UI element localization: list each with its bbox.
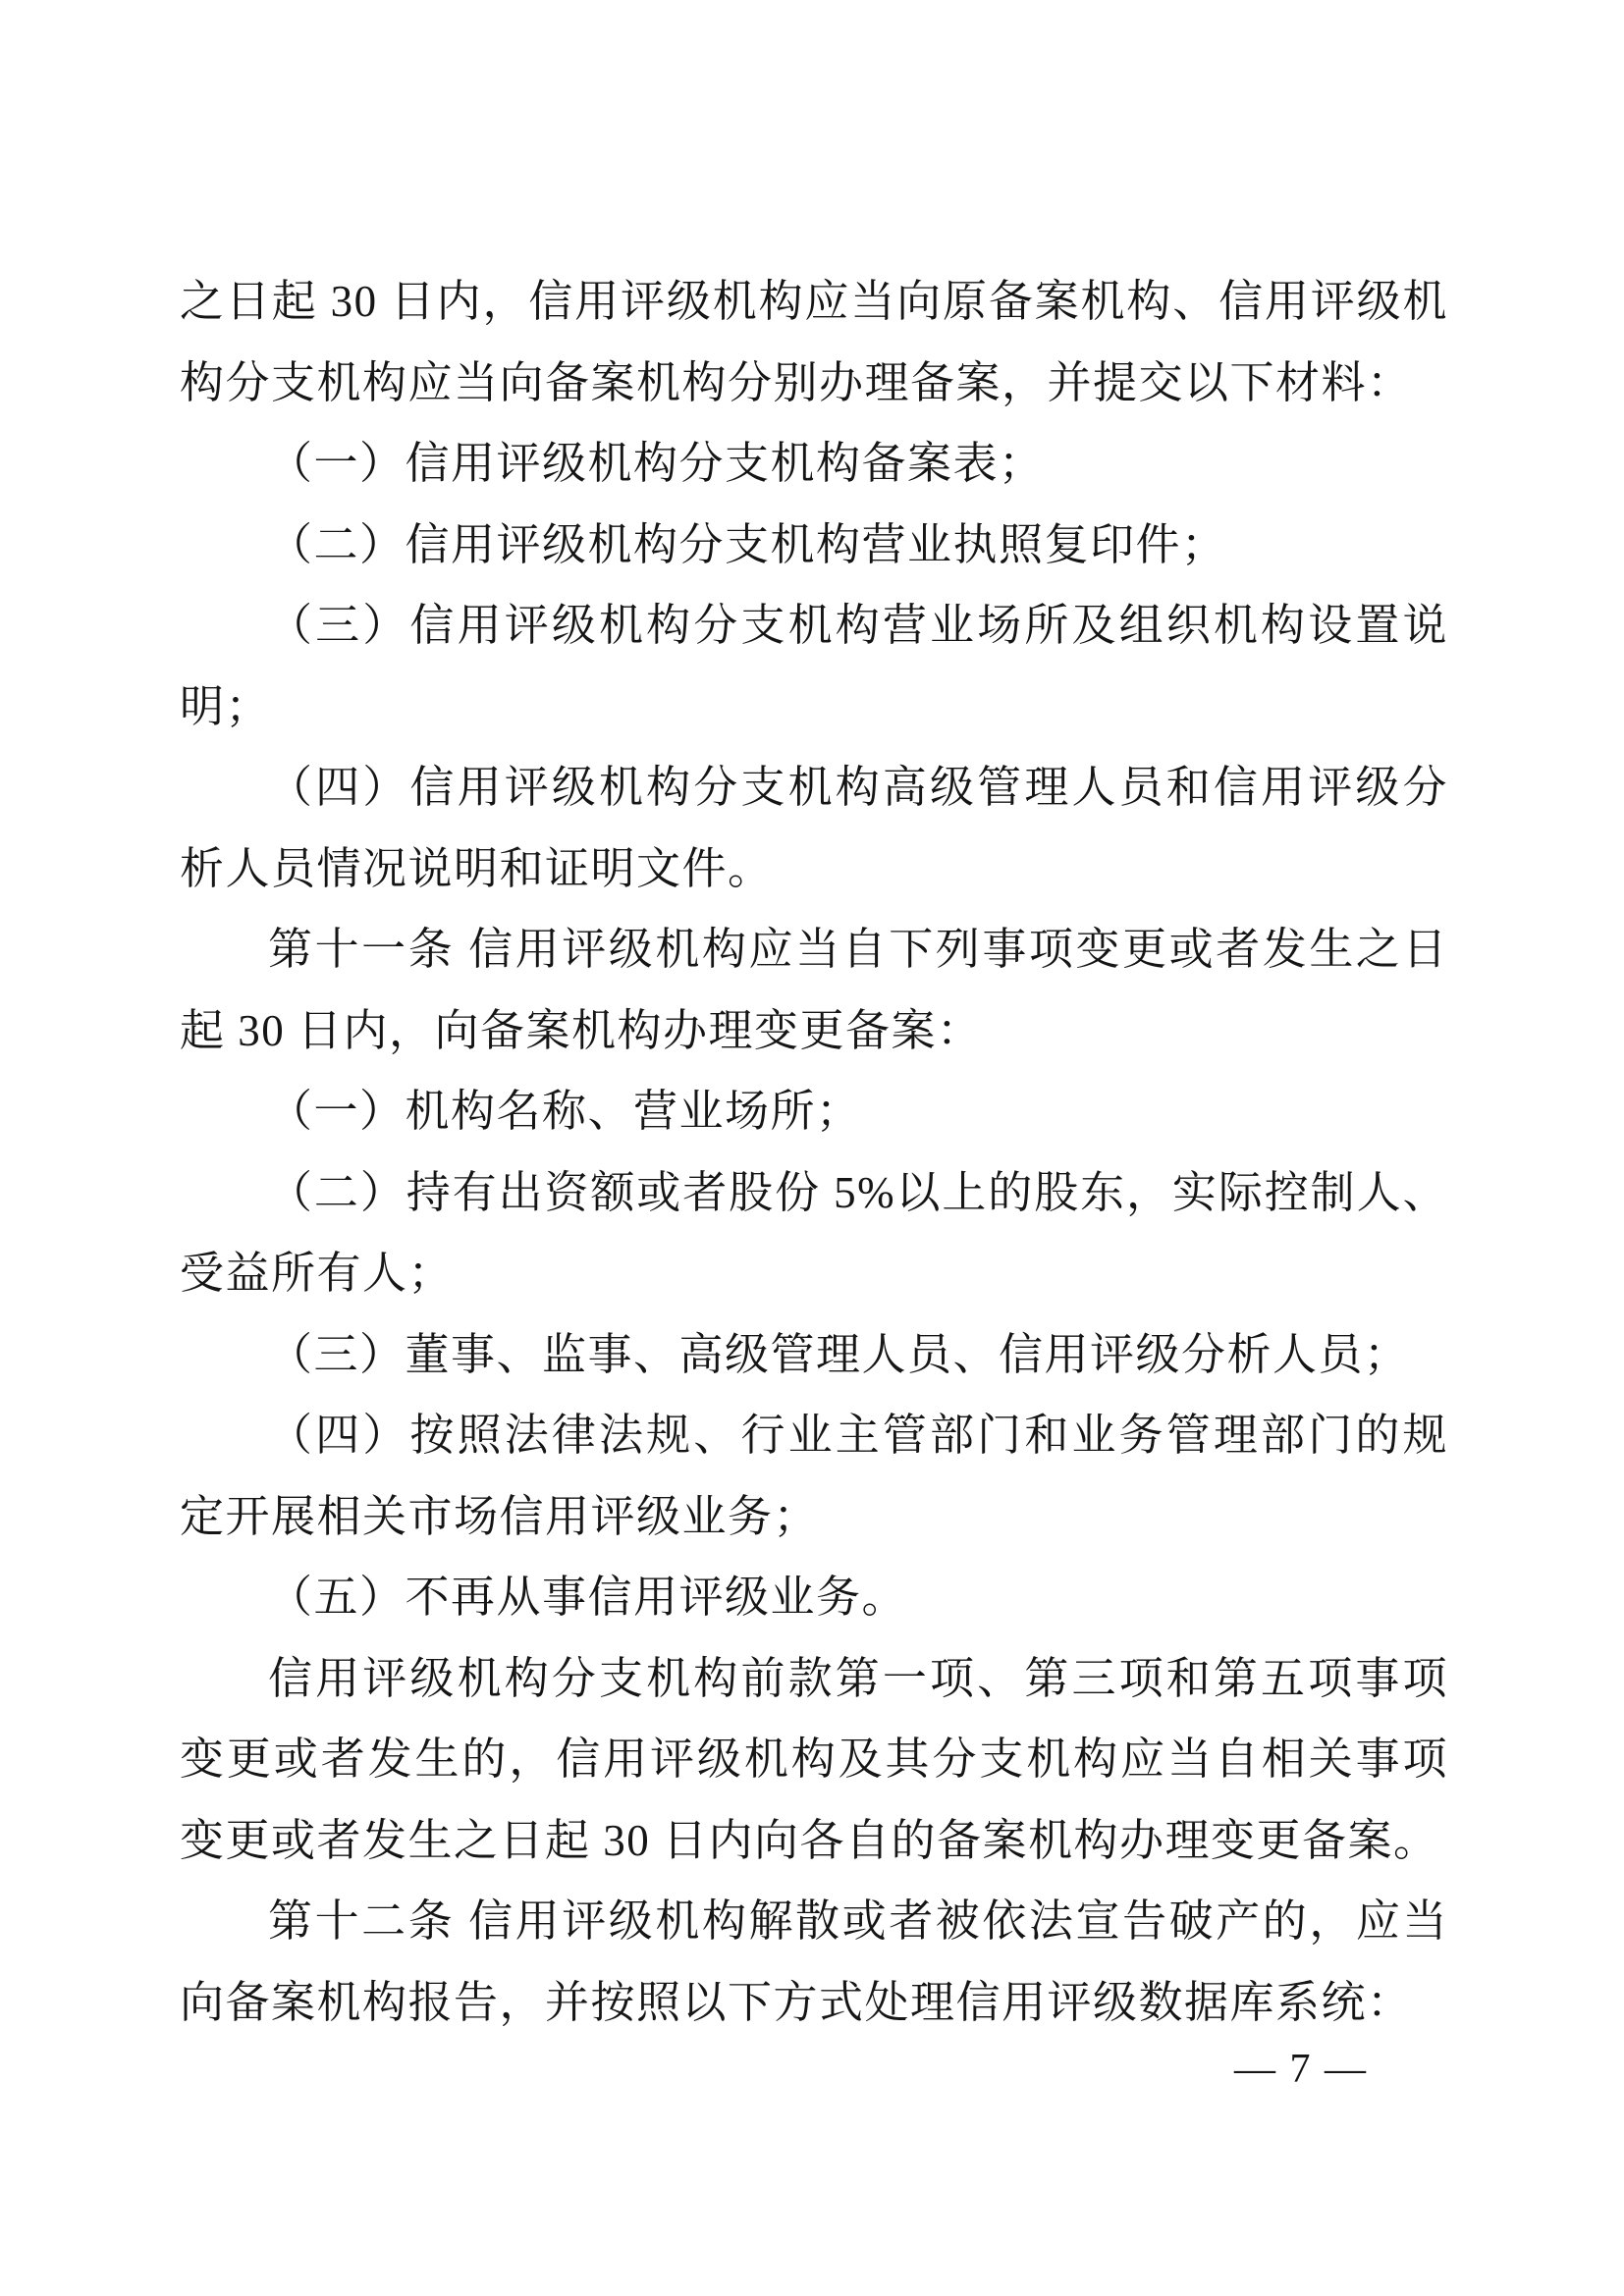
paragraph-item-4: （四）信用评级机构分支机构高级管理人员和信用评级分析人员情况说明和证明文件。 [180, 747, 1448, 909]
paragraph-continuation: 之日起 30 日内，信用评级机构应当向原备案机构、信用评级机构分支机构应当向备案… [180, 261, 1448, 423]
paragraph-article-12: 第十二条 信用评级机构解散或者被依法宣告破产的，应当向备案机构报告，并按照以下方… [180, 1881, 1448, 2043]
paragraph-article-11-item-5: （五）不再从事信用评级业务。 [180, 1557, 1448, 1638]
paragraph-item-3: （三）信用评级机构分支机构营业场所及组织机构设置说明； [180, 585, 1448, 747]
paragraph-item-1: （一）信用评级机构分支机构备案表； [180, 423, 1448, 505]
page-footer: — 7 — [1213, 2045, 1389, 2094]
paragraph-article-11: 第十一条 信用评级机构应当自下列事项变更或者发生之日起 30 日内，向备案机构办… [180, 909, 1448, 1071]
paragraph-article-11-item-3: （三）董事、监事、高级管理人员、信用评级分析人员； [180, 1314, 1448, 1396]
paragraph-article-11-item-4: （四）按照法律法规、行业主管部门和业务管理部门的规定开展相关市场信用评级业务； [180, 1395, 1448, 1557]
paragraph-article-11-item-1: （一）机构名称、营业场所； [180, 1071, 1448, 1152]
paragraph-article-11-clause: 信用评级机构分支机构前款第一项、第三项和第五项事项变更或者发生的，信用评级机构及… [180, 1638, 1448, 1882]
paragraph-item-2: （二）信用评级机构分支机构营业执照复印件； [180, 505, 1448, 586]
document-page: 之日起 30 日内，信用评级机构应当向原备案机构、信用评级机构分支机构应当向备案… [0, 0, 1624, 2296]
document-body: 之日起 30 日内，信用评级机构应当向原备案机构、信用评级机构分支机构应当向备案… [180, 261, 1448, 2043]
page-number: — 7 — [1234, 2047, 1368, 2092]
paragraph-article-11-item-2: （二）持有出资额或者股份 5%以上的股东，实际控制人、受益所有人； [180, 1152, 1448, 1314]
